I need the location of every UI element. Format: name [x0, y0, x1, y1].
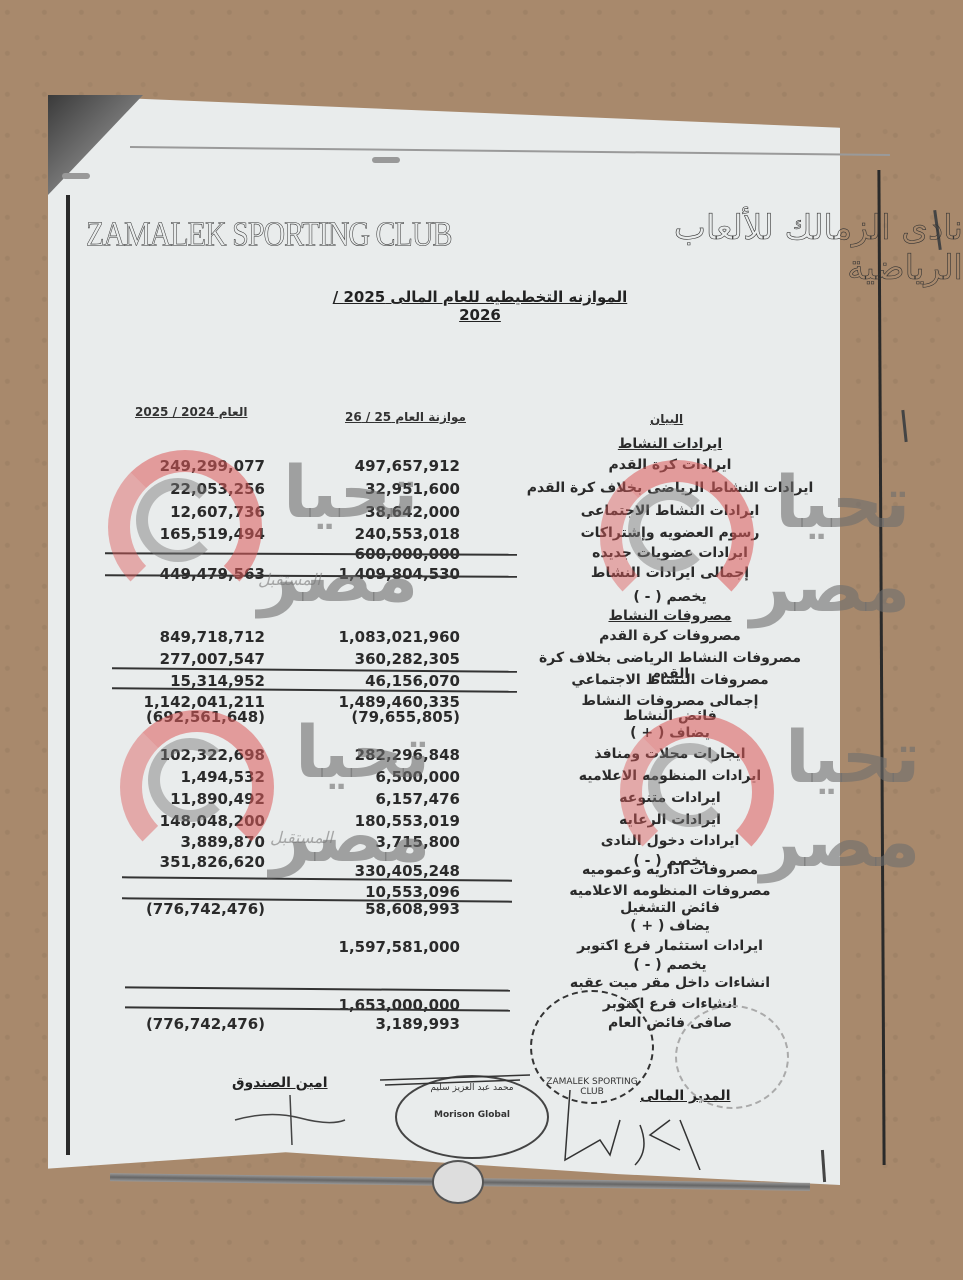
budget-value: 58,608,993 — [300, 900, 460, 918]
table-row: يضاف ( + ) — [0, 725, 963, 747]
budget-value: 6,157,476 — [300, 790, 460, 808]
label-header: البيان — [650, 412, 683, 426]
footer-seal — [432, 1160, 484, 1204]
budget-value: 282,296,848 — [300, 746, 460, 764]
table-row: 148,048,200180,553,019ايرادات الرعايه — [0, 812, 963, 834]
row-label: فائض التشغيل — [520, 900, 820, 916]
prior-year-value: 249,299,077 — [90, 457, 265, 475]
prior-year-value: 277,007,547 — [90, 650, 265, 668]
budget-value: 32,951,600 — [300, 480, 460, 498]
prior-year-value: 849,718,712 — [90, 628, 265, 646]
prior-year-value: (776,742,476) — [90, 900, 265, 918]
row-label: ايرادات عضويات جديده — [520, 545, 820, 561]
row-label: رسوم العضويه وإشتراكات — [520, 525, 820, 541]
budget-value: 3,715,800 — [300, 833, 460, 851]
budget-value: 497,657,912 — [300, 457, 460, 475]
row-label: يضاف ( + ) — [520, 725, 820, 741]
row-label: ايرادات متنوعه — [520, 790, 820, 806]
table-row: 3,889,8703,715,800ايرادات دخول النادى — [0, 833, 963, 855]
table-row: 249,299,077497,657,912ايرادات كرة القدم — [0, 457, 963, 479]
budget-value: 240,553,018 — [300, 525, 460, 543]
row-label: يخصم ( - ) — [520, 957, 820, 973]
table-row: 11,890,4926,157,476ايرادات متنوعه — [0, 790, 963, 812]
row-label: ايرادات الرعايه — [520, 812, 820, 828]
table-row: يضاف ( + ) — [0, 918, 963, 940]
row-label: ايجارات محلات ومنافذ — [520, 746, 820, 762]
row-label: ايرادات النشاط الاجتماعى — [520, 503, 820, 519]
tape-strip — [372, 157, 400, 163]
budget-value: 38,642,000 — [300, 503, 460, 521]
table-row: (776,742,476)3,189,993صافى فائض العام — [0, 1015, 963, 1037]
treasurer-label: امين الصندوق — [232, 1075, 328, 1091]
budget-value: 180,553,019 — [300, 812, 460, 830]
row-label: فائض النشاط — [520, 708, 820, 724]
table-row: 849,718,7121,083,021,960مصروفات كرة القد… — [0, 628, 963, 650]
prior-year-value: (692,561,648) — [90, 708, 265, 726]
club-name-english: ZAMALEK SPORTING CLUB — [86, 215, 452, 254]
row-label: ايرادات النشاط — [520, 436, 820, 452]
prior-year-header: العام 2024 / 2025 — [135, 405, 247, 419]
row-label: ايرادات دخول النادى — [520, 833, 820, 849]
budget-value: 3,189,993 — [300, 1015, 460, 1033]
row-label: مصروفات النشاط — [520, 608, 820, 624]
prior-year-value: (776,742,476) — [90, 1015, 265, 1033]
budget-value: 1,409,804,530 — [300, 565, 460, 583]
row-label: ايرادات النشاط الرياضى بخلاف كرة القدم — [520, 480, 820, 496]
row-label: إجمالى مصروفات النشاط — [520, 693, 820, 709]
prior-year-value: 102,322,698 — [90, 746, 265, 764]
budget-value: (79,655,805) — [300, 708, 460, 726]
budget-value: 1,653,000,000 — [300, 996, 460, 1014]
table-row: 600,000,000ايرادات عضويات جديده — [0, 545, 963, 567]
row-label: يخصم ( - ) — [520, 589, 820, 605]
prior-year-value: 22,053,256 — [90, 480, 265, 498]
table-row: 165,519,494240,553,018رسوم العضويه وإشتر… — [0, 525, 963, 547]
table-row: 102,322,698282,296,848ايجارات محلات ومنا… — [0, 746, 963, 768]
budget-value: 1,083,021,960 — [300, 628, 460, 646]
row-label: مصروفات اداريه وعموميه — [520, 862, 820, 878]
row-label: يضاف ( + ) — [520, 918, 820, 934]
row-label: إجمالى ايرادات النشاط — [520, 565, 820, 581]
row-label: ايرادات استثمار فرع اكتوبر — [520, 938, 820, 954]
row-label: ايرادات المنظومه الاعلاميه — [520, 768, 820, 784]
prior-year-value: 1,494,532 — [90, 768, 265, 786]
table-row: ايرادات النشاط — [0, 436, 963, 458]
row-label: ايرادات كرة القدم — [520, 457, 820, 473]
budget-value: 6,500,000 — [300, 768, 460, 786]
treasurer-signature — [230, 1090, 350, 1150]
prior-year-value: 165,519,494 — [90, 525, 265, 543]
prior-year-value: 12,607,736 — [90, 503, 265, 521]
club-name-arabic: نادى الزمالك للألعاب الرياضية — [590, 208, 963, 288]
table-row: 22,053,25632,951,600ايرادات النشاط الريا… — [0, 480, 963, 502]
table-row: مصروفات النشاط — [0, 608, 963, 630]
table-row: 1,494,5326,500,000ايرادات المنظومه الاعل… — [0, 768, 963, 790]
table-row: 12,607,73638,642,000ايرادات النشاط الاجت… — [0, 503, 963, 525]
budget-header: موازنة العام 25 / 26 — [345, 410, 466, 424]
row-label: مصروفات كرة القدم — [520, 628, 820, 644]
tape-strip — [62, 173, 90, 179]
row-label: مصروفات المنظومه الاعلاميه — [520, 883, 820, 899]
prior-year-value: 148,048,200 — [90, 812, 265, 830]
director-signature — [380, 1050, 710, 1170]
prior-year-value: 3,889,870 — [90, 833, 265, 851]
row-label: انشاءات داخل مقر ميت عقبه — [520, 975, 820, 991]
prior-year-value: 11,890,492 — [90, 790, 265, 808]
row-label: مصروفات النشاط الاجتماعي — [520, 672, 820, 688]
budget-value: 46,156,070 — [300, 672, 460, 690]
budget-value: 360,282,305 — [300, 650, 460, 668]
document-title: الموازنه التخطيطيه للعام المالى 2025 / 2… — [330, 288, 630, 324]
budget-value: 1,597,581,000 — [300, 938, 460, 956]
